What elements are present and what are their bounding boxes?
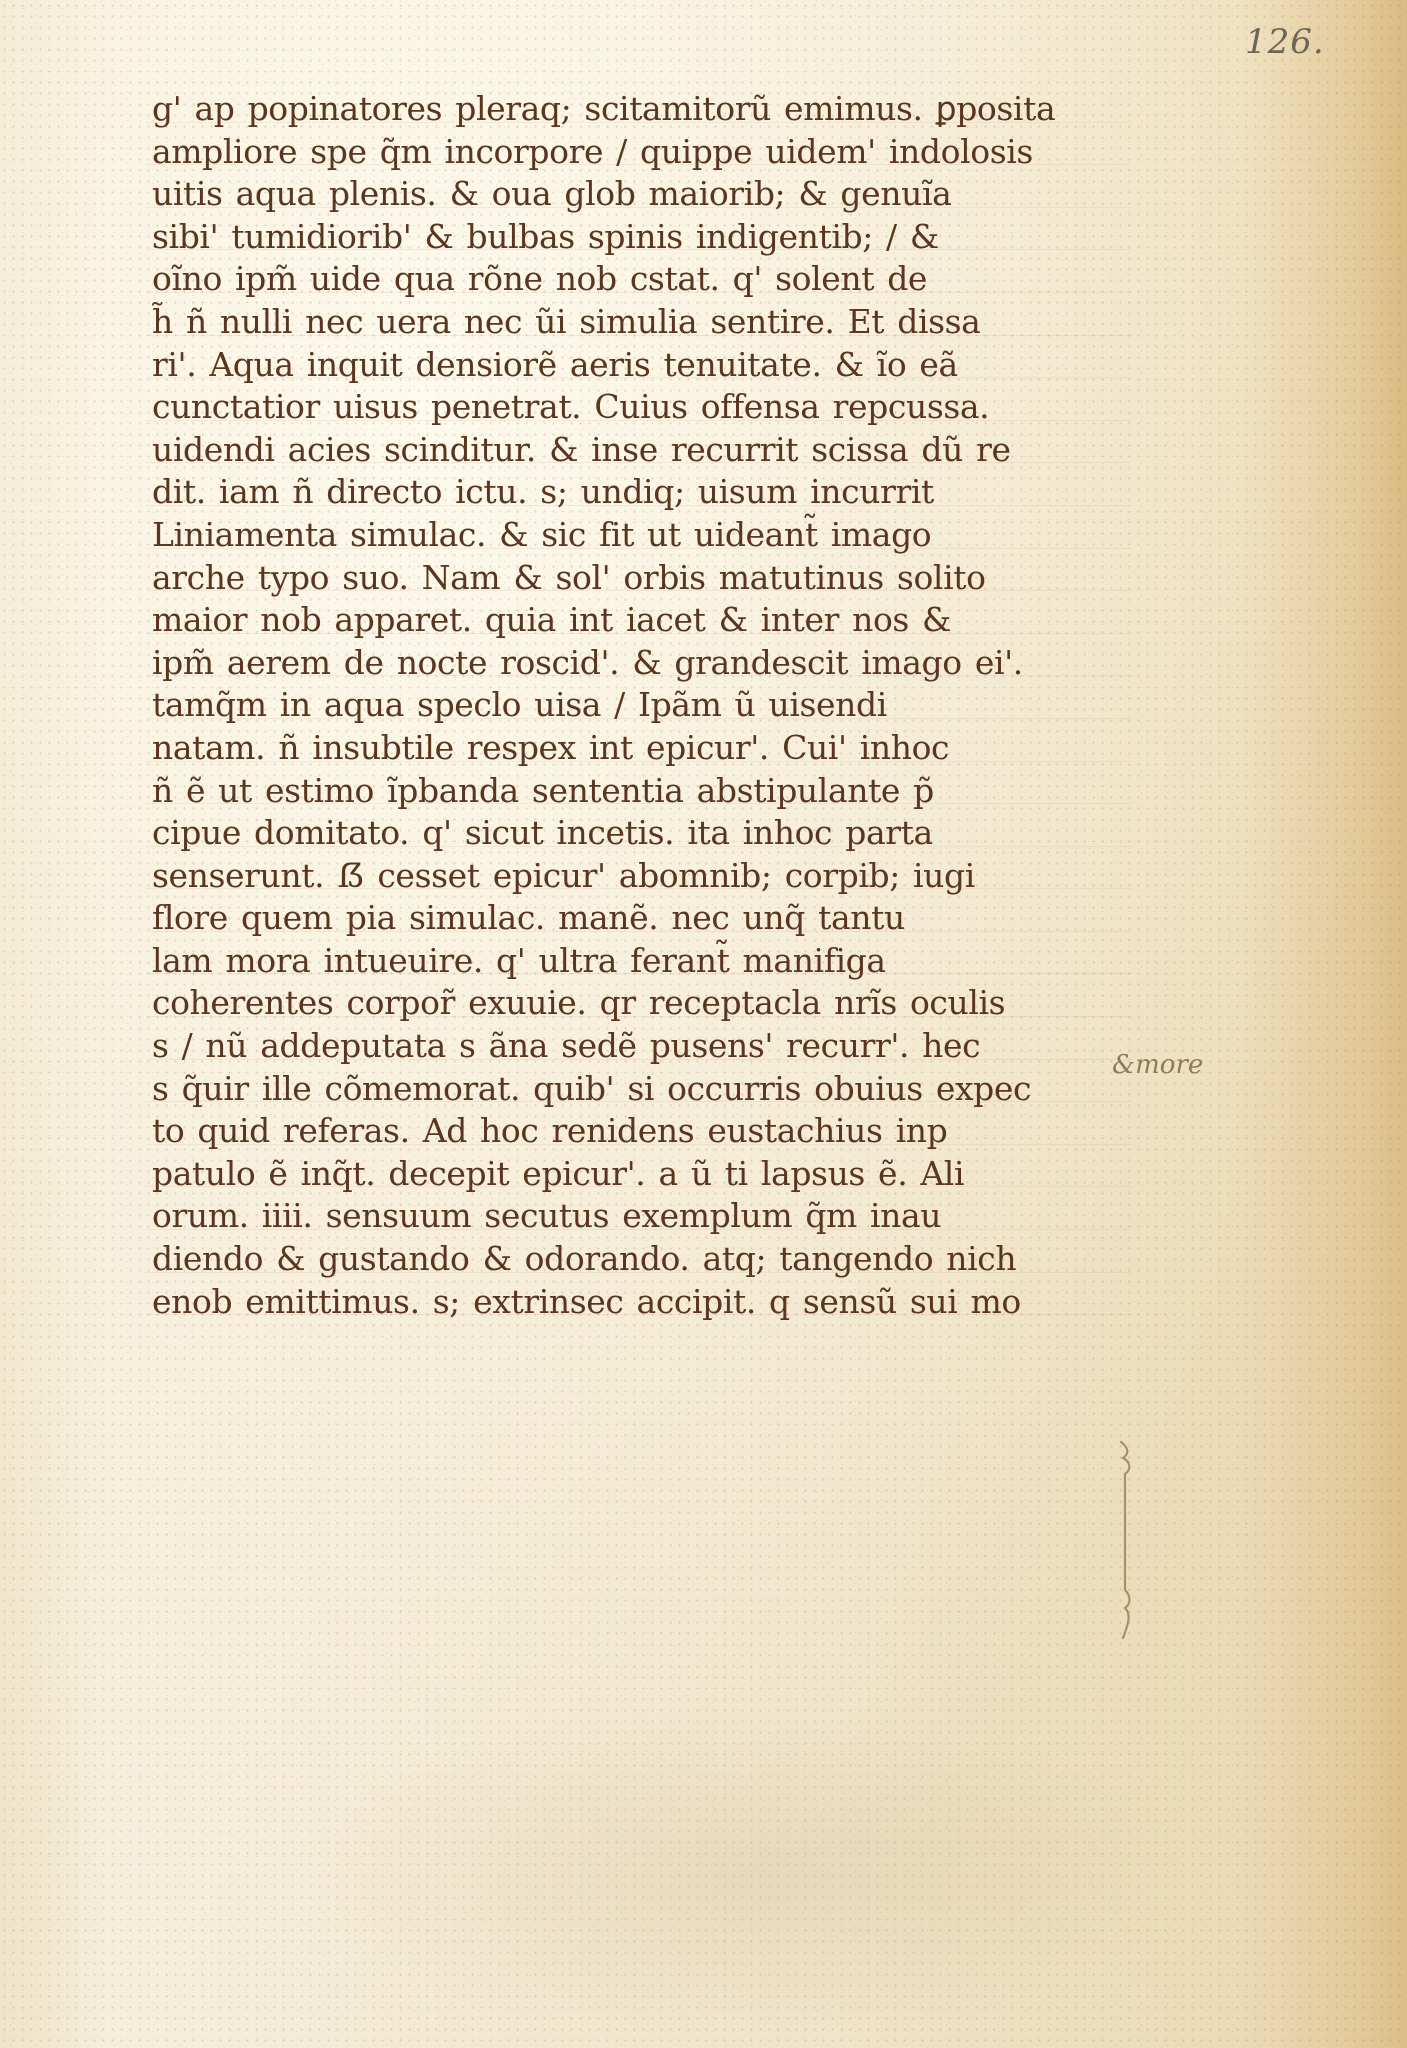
text-line: Liniamenta simulac. & sic fit ut uideant… (152, 514, 1112, 557)
text-line: orum. iiii. sensuum secutus exemplum q̃m… (152, 1195, 1112, 1238)
text-line: to quid referas. Ad hoc renidens eustach… (152, 1110, 1112, 1153)
text-line: ñ ẽ ut estimo ĩpbanda sententia abstipul… (152, 770, 1112, 813)
text-line: ampliore spe q̃m incorpore / quippe uide… (152, 131, 1112, 174)
text-line: coherentes corpor̃ exuuie. qr receptacla… (152, 982, 1112, 1025)
text-line: uidendi acies scinditur. & inse recurrit… (152, 429, 1112, 472)
manuscript-leaf: 126. g' ap popinatores pleraq; scitamito… (0, 0, 1407, 2048)
text-line: lam mora intueuire. q' ultra ferant̃ man… (152, 940, 1112, 983)
text-line: ri'. Aqua inquit densiorẽ aeris tenuitat… (152, 344, 1112, 387)
marginal-bracket-icon (1115, 1440, 1137, 1640)
text-line: tamq̃m in aqua speclo uisa / Ipãm ũ uise… (152, 684, 1112, 727)
text-line: patulo ẽ inq̃t. decepit epicur'. a ũ ti … (152, 1153, 1112, 1196)
text-line: maior nob apparet. quia int iacet & inte… (152, 599, 1112, 642)
text-line: dit. iam ñ directo ictu. s; undiq; uisum… (152, 471, 1112, 514)
text-line: g' ap popinatores pleraq; scitamitorũ em… (152, 88, 1112, 131)
text-line: s q̃uir ille cõmemorat. quib' si occurri… (152, 1068, 1112, 1111)
text-line: uitis aqua plenis. & oua glob maiorib; &… (152, 173, 1112, 216)
folio-number: 126. (1245, 22, 1325, 62)
parchment-stain (300, 1700, 1200, 2040)
text-line: diendo & gustando & odorando. atq; tange… (152, 1238, 1112, 1281)
marginal-note: &more (1112, 1050, 1203, 1080)
text-line: cipue domitato. q' sicut incetis. ita in… (152, 812, 1112, 855)
text-block: g' ap popinatores pleraq; scitamitorũ em… (152, 88, 1112, 1323)
text-line: flore quem pia simulac. manẽ. nec unq̃ t… (152, 897, 1112, 940)
text-line: sibi' tumidiorib' & bulbas spinis indige… (152, 216, 1112, 259)
text-line: cunctatior uisus penetrat. Cuius offensa… (152, 386, 1112, 429)
text-line: natam. ñ insubtile respex int epicur'. C… (152, 727, 1112, 770)
text-line: enob emittimus. s; extrinsec accipit. q … (152, 1281, 1112, 1324)
text-line: arche typo suo. Nam & sol' orbis matutin… (152, 557, 1112, 600)
text-line: ipm̃ aerem de nocte roscid'. & grandesci… (152, 642, 1112, 685)
text-line: oĩno ipm̃ uide qua rõne nob cstat. q' so… (152, 258, 1112, 301)
text-line: senserunt. ẞ cesset epicur' abomnib; cor… (152, 855, 1112, 898)
text-line: h̃ ñ nulli nec uera nec ũi simulia senti… (152, 301, 1112, 344)
text-line: s / nũ addeputata s ãna sedẽ pusens' rec… (152, 1025, 1112, 1068)
